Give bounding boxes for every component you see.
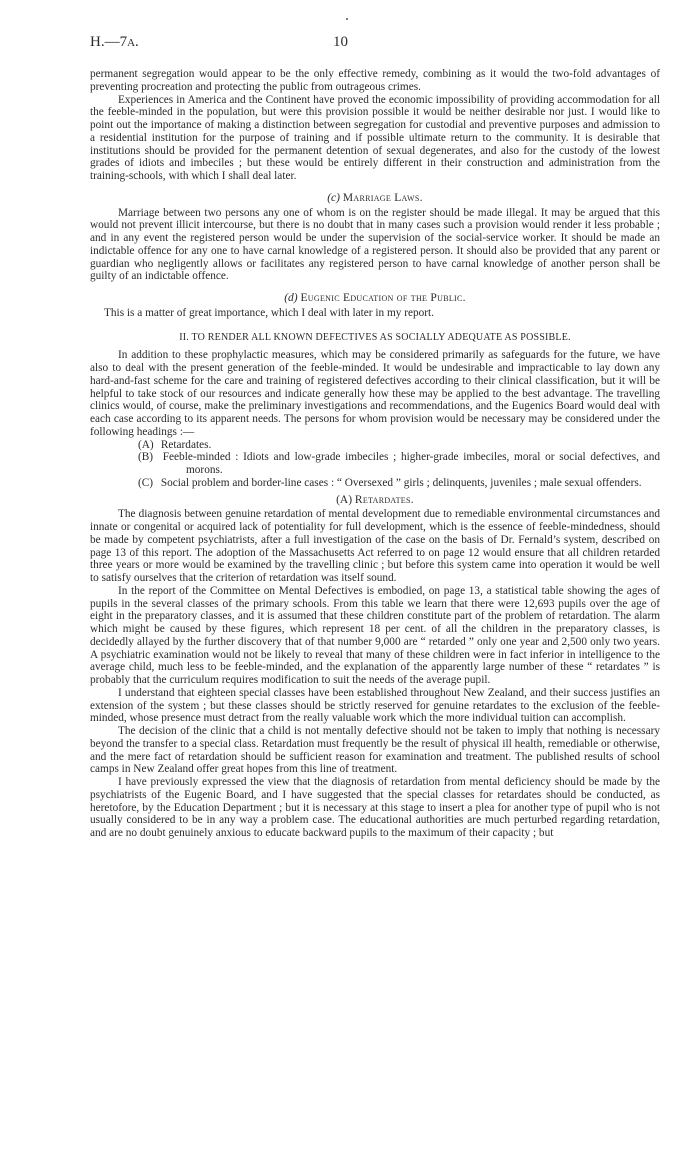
paragraph: I understand that eighteen special class…	[90, 687, 660, 725]
scan-speck	[346, 18, 348, 20]
list-item: (C) Social problem and border-line cases…	[90, 477, 660, 490]
section-heading-marriage-laws: (c) Marriage Laws.	[90, 192, 660, 205]
paragraph: This is a matter of great importance, wh…	[90, 307, 660, 320]
paragraph: The diagnosis between genuine retardatio…	[90, 508, 660, 585]
paragraph: I have previously expressed the view tha…	[90, 776, 660, 840]
document-body: permanent segregation would appear to be…	[90, 68, 660, 840]
document-reference: H.—7A.	[90, 34, 139, 51]
paragraph: Experiences in America and the Continent…	[90, 94, 660, 183]
paragraph-continuation: permanent segregation would appear to be…	[90, 68, 660, 94]
section-heading-retardates: (A) Retardates.	[90, 494, 660, 507]
page-number: 10	[333, 34, 348, 51]
section-heading-ii: II. TO RENDER ALL KNOWN DEFECTIVES AS SO…	[90, 332, 660, 345]
headings-list: (A) Retardates. (B) Feeble-minded : Idio…	[90, 439, 660, 490]
paragraph: Marriage between two persons any one of …	[90, 207, 660, 284]
section-heading-eugenic-education: (d) Eugenic Education of the Public.	[90, 292, 660, 305]
page-header: H.—7A. 10	[90, 34, 660, 54]
paragraph: The decision of the clinic that a child …	[90, 725, 660, 776]
paragraph: In the report of the Committee on Mental…	[90, 585, 660, 687]
paragraph: In addition to these prophylactic measur…	[90, 349, 660, 438]
list-item: (B) Feeble-minded : Idiots and low-grade…	[90, 451, 660, 477]
list-item: (A) Retardates.	[90, 439, 660, 452]
